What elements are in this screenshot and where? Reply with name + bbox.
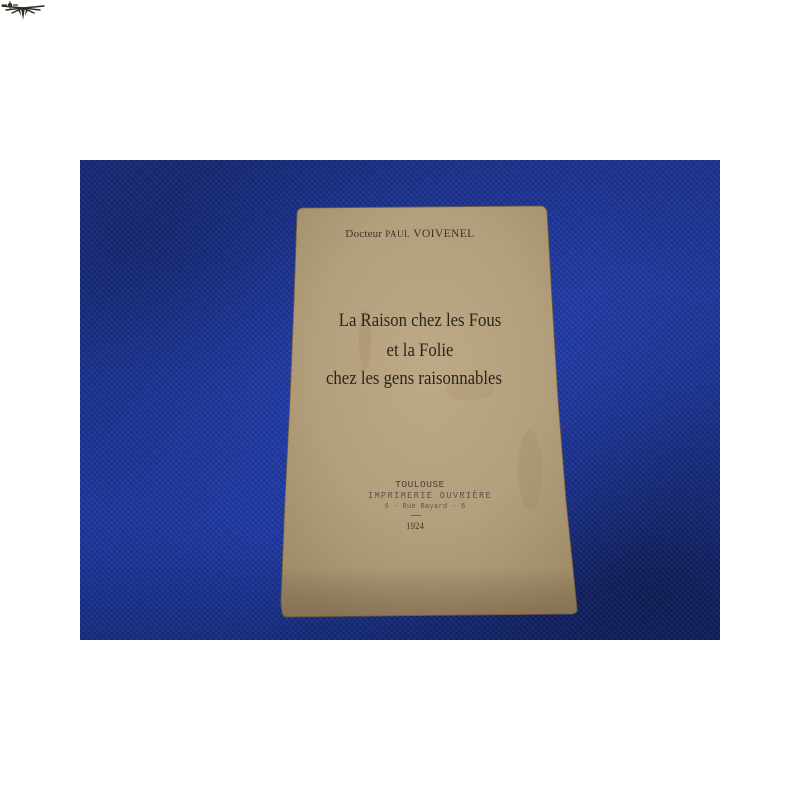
fleuron-icon bbox=[0, 0, 20, 10]
fan-ornament-icon bbox=[0, 0, 46, 22]
blue-fabric-background bbox=[80, 160, 720, 640]
